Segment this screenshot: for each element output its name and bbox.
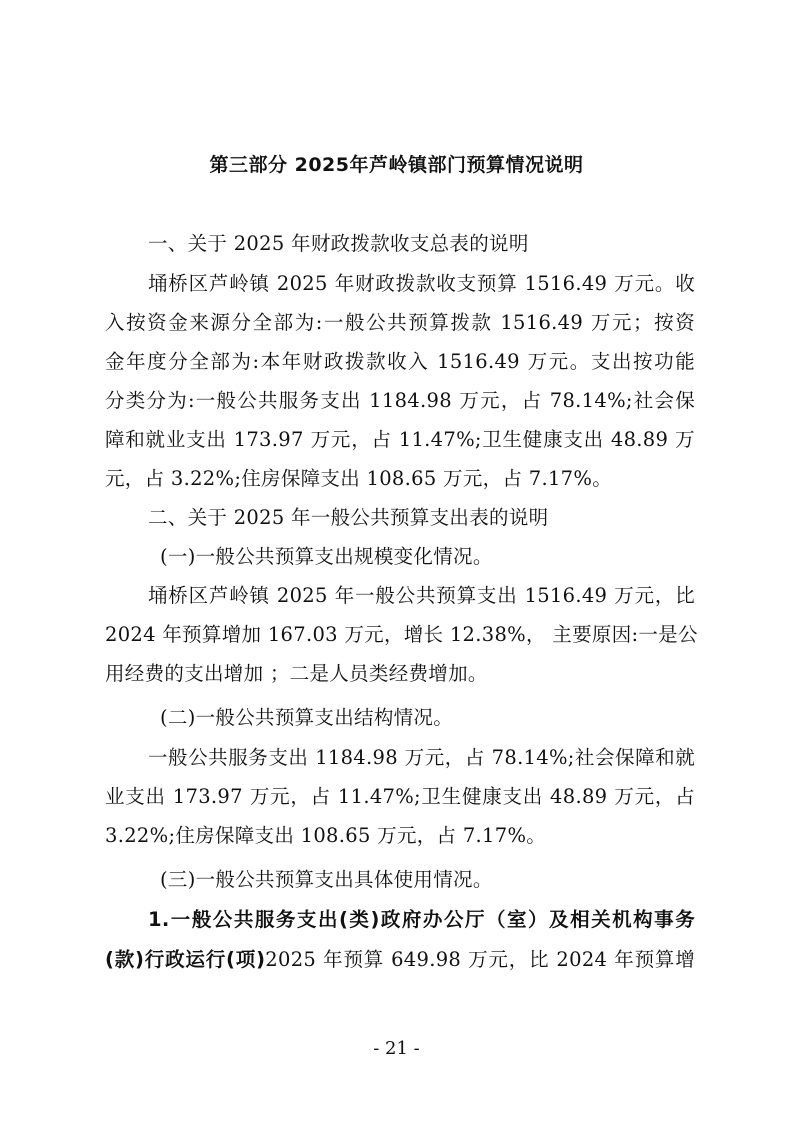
- item-heading-bold-cont: (款)行政运行(项): [105, 948, 265, 971]
- paragraph-line: 障和就业支出 173.97 万元，占 11.47%;卫生健康支出 48.89 万: [105, 428, 695, 452]
- paragraph-line: 业支出 173.97 万元，占 11.47%;卫生健康支出 48.89 万元，占: [105, 785, 695, 809]
- paragraph-line: 2024 年预算增加 167.03 万元，增长 12.38%， 主要原因:一是公: [105, 623, 695, 647]
- page-number: - 21 -: [0, 1038, 793, 1059]
- paragraph-line: 3.22%;住房保障支出 108.65 万元，占 7.17%。: [105, 824, 695, 848]
- paragraph-line: 用经费的支出增加 ；二是人员类经费增加。: [105, 662, 695, 686]
- paragraph-line: 埇桥区芦岭镇 2025 年一般公共预算支出 1516.49 万元，比: [148, 584, 695, 608]
- paragraph-line: 金年度分全部为:本年财政拨款收入 1516.49 万元。支出按功能: [105, 350, 695, 374]
- item-line: (款)行政运行(项)2025 年预算 649.98 万元，比 2024 年预算增: [105, 948, 695, 972]
- paragraph-line: 一般公共服务支出 1184.98 万元，占 78.14%;社会保障和就: [148, 746, 695, 770]
- paragraph-line: 分类分为:一般公共服务支出 1184.98 万元，占 78.14%;社会保: [105, 389, 695, 413]
- paragraph-line: 埇桥区芦岭镇 2025 年财政拨款收支预算 1516.49 万元。收: [148, 272, 695, 296]
- item-heading-bold: 1.一般公共服务支出(类)政府办公厅（室）及相关机构事务: [148, 908, 695, 932]
- section-heading-2: 二、关于 2025 年一般公共预算支出表的说明: [148, 506, 695, 530]
- subsection-heading-2: (二)一般公共预算支出结构情况。: [160, 706, 695, 730]
- paragraph-line: 入按资金来源分全部为:一般公共预算拨款 1516.49 万元；按资: [105, 311, 695, 335]
- paragraph-line: 元，占 3.22%;住房保障支出 108.65 万元，占 7.17%。: [105, 467, 695, 491]
- subsection-heading-1: (一)一般公共预算支出规模变化情况。: [160, 545, 695, 569]
- section-heading-1: 一、关于 2025 年财政拨款收支总表的说明: [148, 232, 695, 256]
- page-title: 第三部分 2025年芦岭镇部门预算情况说明: [0, 150, 793, 177]
- item-text: 2025 年预算 649.98 万元，比 2024 年预算增: [265, 948, 695, 971]
- subsection-heading-3: (三)一般公共预算支出具体使用情况。: [160, 868, 695, 892]
